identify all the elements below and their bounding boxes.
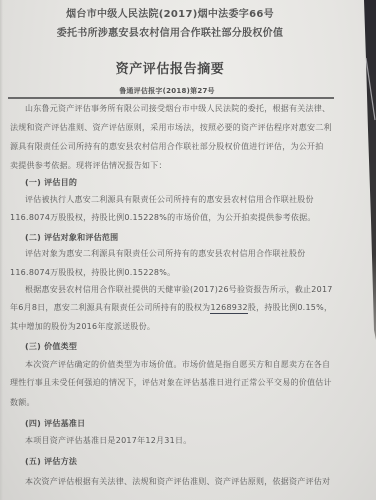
document-page: 烟台市中级人民法院(2017)烟中法委字66号 委托书所涉惠安县农村信用合作联社… xyxy=(0,0,376,500)
background-edge xyxy=(0,0,376,500)
